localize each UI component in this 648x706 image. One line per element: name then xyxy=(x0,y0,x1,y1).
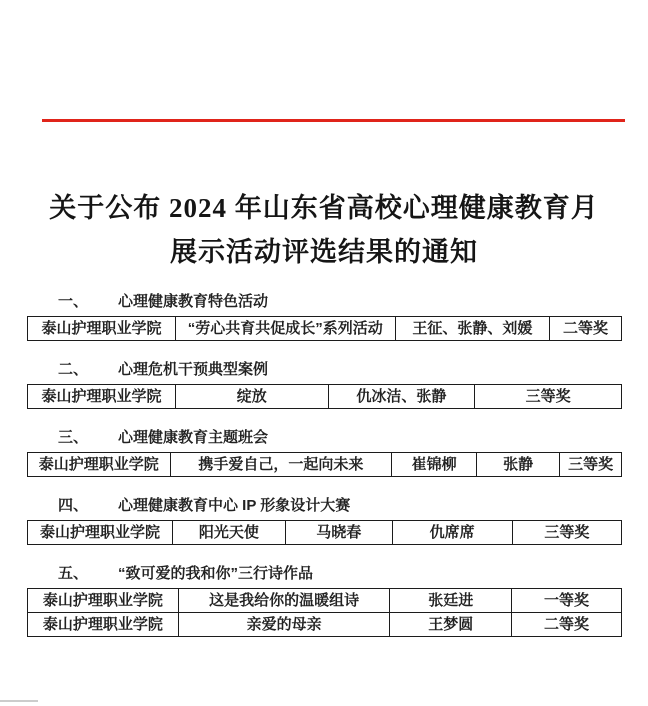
table-row: 泰山护理职业学院 绽放 仇冰洁、张静 三等奖 xyxy=(28,385,622,409)
document-title: 关于公布 2024 年山东省高校心理健康教育月 展示活动评选结果的通知 xyxy=(0,186,648,274)
section-number: 三、 xyxy=(58,429,88,446)
section-2-heading: 二、心理危机干预典型案例 xyxy=(58,360,648,380)
section-heading-text: 心理健康教育中心 IP 形象设计大赛 xyxy=(118,497,350,514)
red-divider xyxy=(42,119,625,122)
award-table-5: 泰山护理职业学院 这是我给你的温暖组诗 张廷进 一等奖 泰山护理职业学院 亲爱的… xyxy=(27,588,622,637)
cell-school: 泰山护理职业学院 xyxy=(28,453,171,477)
cell-award: 三等奖 xyxy=(475,385,622,409)
section-number: 四、 xyxy=(58,497,88,514)
award-table-4: 泰山护理职业学院 阳光天使 马晓春 仇席席 三等奖 xyxy=(27,520,622,545)
cell-entry: “劳心共育共促成长”系列活动 xyxy=(175,317,395,341)
award-table-2: 泰山护理职业学院 绽放 仇冰洁、张静 三等奖 xyxy=(27,384,622,409)
table-row: 泰山护理职业学院 “劳心共育共促成长”系列活动 王征、张静、刘媛 二等奖 xyxy=(28,317,622,341)
section-heading-text: 心理危机干预典型案例 xyxy=(118,361,268,378)
cell-school: 泰山护理职业学院 xyxy=(28,385,176,409)
cell-award: 二等奖 xyxy=(550,317,622,341)
cell-award: 三等奖 xyxy=(512,521,621,545)
cell-school: 泰山护理职业学院 xyxy=(28,613,179,637)
section-5: 五、“致可爱的我和你”三行诗作品 泰山护理职业学院 这是我给你的温暖组诗 张廷进… xyxy=(0,564,648,637)
section-5-heading: 五、“致可爱的我和你”三行诗作品 xyxy=(58,564,648,584)
section-1: 一、心理健康教育特色活动 泰山护理职业学院 “劳心共育共促成长”系列活动 王征、… xyxy=(0,292,648,341)
section-number: 一、 xyxy=(58,293,88,310)
cell-school: 泰山护理职业学院 xyxy=(28,317,176,341)
cell-person-1: 马晓春 xyxy=(285,521,392,545)
scan-edge-artifact xyxy=(0,700,38,702)
section-heading-text: 心理健康教育特色活动 xyxy=(118,293,268,310)
cell-school: 泰山护理职业学院 xyxy=(28,589,179,613)
document-page: 山东省高等学校思想政治教育研究会大学生心理健康教育专委会 关于公布 2024 年… xyxy=(0,0,648,706)
section-4: 四、心理健康教育中心 IP 形象设计大赛 泰山护理职业学院 阳光天使 马晓春 仇… xyxy=(0,496,648,545)
cell-person-1: 崔锦柳 xyxy=(392,453,477,477)
section-number: 二、 xyxy=(58,361,88,378)
section-3-heading: 三、心理健康教育主题班会 xyxy=(58,428,648,448)
cell-award: 三等奖 xyxy=(560,453,622,477)
cell-award: 一等奖 xyxy=(512,589,622,613)
table-row: 泰山护理职业学院 阳光天使 马晓春 仇席席 三等奖 xyxy=(28,521,622,545)
cell-authors: 王征、张静、刘媛 xyxy=(395,317,549,341)
cell-entry: 亲爱的母亲 xyxy=(178,613,389,637)
cell-person-2: 张静 xyxy=(477,453,560,477)
cell-authors: 王梦圆 xyxy=(390,613,512,637)
cell-school: 泰山护理职业学院 xyxy=(28,521,173,545)
cell-authors: 仇冰洁、张静 xyxy=(328,385,475,409)
table-row: 泰山护理职业学院 携手爱自己，一起向未来 崔锦柳 张静 三等奖 xyxy=(28,453,622,477)
section-3: 三、心理健康教育主题班会 泰山护理职业学院 携手爱自己，一起向未来 崔锦柳 张静… xyxy=(0,428,648,477)
letterhead: 山东省高等学校思想政治教育研究会大学生心理健康教育专委会 xyxy=(0,0,648,108)
award-table-3: 泰山护理职业学院 携手爱自己，一起向未来 崔锦柳 张静 三等奖 xyxy=(27,452,622,477)
document-title-line1: 关于公布 2024 年山东省高校心理健康教育月 xyxy=(0,186,648,230)
cell-entry: 这是我给你的温暖组诗 xyxy=(178,589,389,613)
cell-entry: 阳光天使 xyxy=(172,521,285,545)
section-heading-text: 心理健康教育主题班会 xyxy=(118,429,268,446)
sections: 一、心理健康教育特色活动 泰山护理职业学院 “劳心共育共促成长”系列活动 王征、… xyxy=(0,292,648,637)
section-4-heading: 四、心理健康教育中心 IP 形象设计大赛 xyxy=(58,496,648,516)
cell-award: 二等奖 xyxy=(512,613,622,637)
award-table-1: 泰山护理职业学院 “劳心共育共促成长”系列活动 王征、张静、刘媛 二等奖 xyxy=(27,316,622,341)
table-row: 泰山护理职业学院 亲爱的母亲 王梦圆 二等奖 xyxy=(28,613,622,637)
cell-entry: 绽放 xyxy=(175,385,328,409)
table-row: 泰山护理职业学院 这是我给你的温暖组诗 张廷进 一等奖 xyxy=(28,589,622,613)
cell-person-2: 仇席席 xyxy=(392,521,512,545)
cell-entry: 携手爱自己，一起向未来 xyxy=(170,453,392,477)
cell-authors: 张廷进 xyxy=(390,589,512,613)
section-heading-text: “致可爱的我和你”三行诗作品 xyxy=(118,565,313,582)
section-2: 二、心理危机干预典型案例 泰山护理职业学院 绽放 仇冰洁、张静 三等奖 xyxy=(0,360,648,409)
section-1-heading: 一、心理健康教育特色活动 xyxy=(58,292,648,312)
document-title-line2: 展示活动评选结果的通知 xyxy=(0,230,648,274)
section-number: 五、 xyxy=(58,565,88,582)
